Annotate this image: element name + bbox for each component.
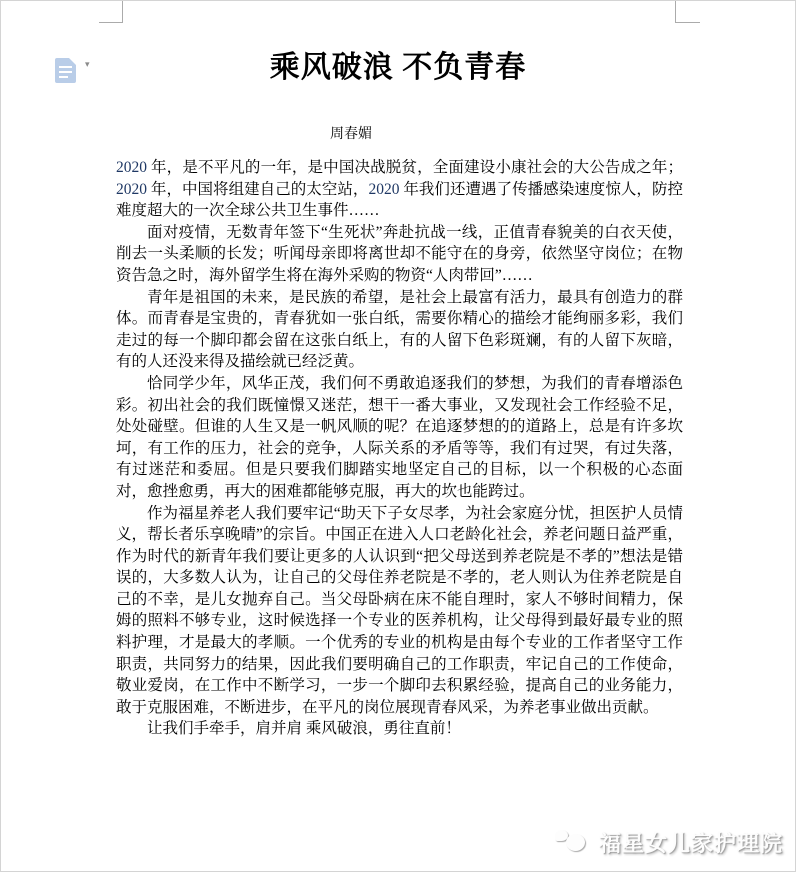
page-title: 乘风破浪 不负青春 <box>1 50 795 86</box>
brand-watermark: 福星女儿家护理院 <box>555 827 783 858</box>
paragraph: 面对疫情，无数青年签下“生死状”奔赴抗战一线，正值青春貌美的白衣天使，削去一头柔… <box>116 222 683 287</box>
paragraph: 让我们手牵手，肩并肩 乘风破浪，勇往直前！ <box>116 718 683 740</box>
paste-options-button[interactable]: ▾ <box>55 57 99 85</box>
chevron-down-icon[interactable]: ▾ <box>85 60 90 70</box>
text-boundary-mark-right <box>675 1 700 23</box>
paragraph: 作为福星养老人我们要牢记“助天下子女尽孝，为社会家庭分忧，担医护人员情义，帮长者… <box>116 503 683 719</box>
year-number: 2020 <box>116 159 147 176</box>
year-number: 2020 <box>116 181 147 198</box>
year-number: 2020 <box>368 181 399 198</box>
paragraph: 恰同学少年，风华正茂，我们何不勇敢追逐我们的梦想，为我们的青春增添色彩。初出社会… <box>116 373 683 503</box>
clipboard-paste-icon <box>55 58 76 83</box>
brand-logo-icon <box>555 828 591 858</box>
author-name: 周春媚 <box>0 126 748 144</box>
document-page: ▾ 乘风破浪 不负青春 周春媚 2020 年，是不平凡的一年，是中国决战脱贫，全… <box>0 0 796 872</box>
article-body: 2020 年，是不平凡的一年，是中国决战脱贫，全面建设小康社会的大公告成之年；2… <box>116 157 683 740</box>
paragraph: 2020 年，是不平凡的一年，是中国决战脱贫，全面建设小康社会的大公告成之年；2… <box>116 157 683 222</box>
text-boundary-mark-left <box>99 1 123 23</box>
brand-name: 福星女儿家护理院 <box>599 827 783 858</box>
paragraph: 青年是祖国的未来，是民族的希望，是社会上最富有活力，最具有创造力的群体。而青春是… <box>116 287 683 373</box>
